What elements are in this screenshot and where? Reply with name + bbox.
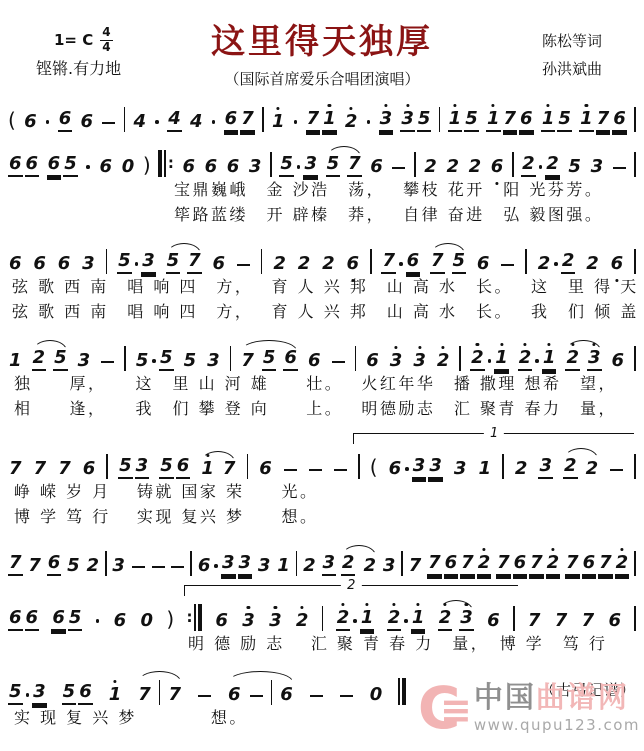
time-denominator: 4 [100,41,112,55]
note: 2 [585,460,600,479]
note: 6 [204,158,219,177]
note: 5 [557,110,572,132]
beat-group: 5 [183,352,198,371]
barline [513,606,515,631]
octave-dot-above-icon [500,343,503,346]
note: 7 [347,155,362,177]
beat-group: 6 [58,110,73,132]
beat-group: 3 [257,557,272,576]
beat-group [612,167,627,177]
duration-dash [310,695,323,697]
beat-group: 66 [8,155,39,177]
note: 2 [423,158,438,177]
slur-group: 25 [32,349,68,371]
augmentation-dot [353,619,357,623]
note: 3 [141,252,156,274]
note: 2 [438,609,453,631]
octave-dot-above-icon [366,603,369,606]
final-barline [398,678,406,705]
beat-group: 7 [527,612,542,631]
beat-group [211,120,217,132]
note: 7 [581,612,596,631]
note: 1 [411,609,426,631]
beat-group: 3 [453,460,468,479]
beat-group: 3 [268,612,283,631]
barline [296,551,298,576]
note: 1 [271,113,286,132]
note: 2 [537,255,552,274]
beat-group [609,469,624,479]
barline [358,454,360,479]
octave-dot-above-icon [523,343,526,346]
note: 3 [379,110,394,132]
beat-group: 7 [33,460,48,479]
duration-dash [309,469,322,471]
beat-group: 3 [241,612,256,631]
octave-dot-above-icon [548,343,551,346]
notation-line: (6664446717123351517615176 [8,100,636,132]
note: 7 [565,554,580,576]
beat-group: 6 [181,158,196,177]
beat-group: 6 [47,554,62,576]
note: 4 [167,110,182,132]
note: 2 [565,349,580,371]
credits: 陈松等词 孙洪斌曲 [542,27,602,83]
beat-group [339,695,354,705]
barline [370,249,372,274]
augmentation-dot [155,120,159,124]
beat-group: 3 [412,352,427,371]
beat-group: 3 [81,255,96,274]
note: 2 [321,255,336,274]
octave-dot-above-icon [418,346,421,349]
augmentation-dot [294,120,298,124]
note: 2 [436,352,451,371]
note: 6 [32,255,47,274]
note: 6 [582,554,597,576]
score-header: 1= C 4 4 铿锵.有力地 这里得天独厚 （国际首席爱乐合唱团演唱） 陈松等… [0,0,644,88]
duration-dash [102,122,115,124]
note: 6 [444,554,459,576]
note: 5 [159,349,174,371]
note: 6 [25,155,40,177]
octave-dot-above-icon [482,548,485,551]
note: 6 [78,683,93,705]
note: 5 [68,609,83,631]
note: 2 [468,158,483,177]
time-signature: 4 4 [100,26,112,55]
note: 3 [77,352,92,371]
beat-group: 6 [113,612,128,631]
note: 6 [279,686,294,705]
barline [322,606,324,631]
thick-bar [402,678,406,705]
note: 2 [387,609,402,631]
beat-group: 2 [86,557,101,576]
beat-group: 3 [77,352,92,371]
beat-group: 1 [8,352,23,371]
note: 5 [452,252,467,274]
augmentation-dot [26,693,30,697]
thick-bar [158,150,162,177]
note: 7 [596,110,611,132]
barline [459,346,461,371]
thin-bar [194,604,196,631]
note: 6 [227,686,242,705]
augmentation-dot [488,359,492,363]
beat-group: 2 [468,158,483,177]
note: 3 [248,158,263,177]
note: 1 [579,110,594,132]
augmentation-dot [535,359,539,363]
note: 3 [587,349,602,371]
note: 6 [212,255,227,274]
augmentation-dot [212,120,216,124]
barline [124,107,126,132]
note: 6 [611,352,626,371]
note: 3 [400,110,415,132]
note: 5 [279,155,294,177]
augmentation-dot [135,262,139,266]
note: 6 [490,158,505,177]
augmentation-dot [405,467,409,471]
note: 3 [241,612,256,631]
note: 7 [496,554,511,576]
note: 6 [513,554,528,576]
note: 1 [478,460,493,479]
note: 1 [200,460,215,479]
note: 3 [32,683,47,705]
beat-group: 56 [62,683,93,705]
slur-group: 75 [430,252,466,274]
beat-group: 6 [226,158,241,177]
slur-group: 57 [166,252,202,274]
beat-group: 6 [99,158,114,177]
beat-group: 7672 [427,554,491,576]
barline [262,107,264,132]
note: 3 [221,554,236,576]
beat-group [366,120,372,132]
duration-dash [340,695,353,697]
note: 7 [27,557,42,576]
slur-group: 22 [563,457,599,479]
note: 5 [567,158,582,177]
augmentation-dot [96,619,100,623]
beat-group: 56 [159,457,190,479]
note: 2 [32,349,47,371]
beat-group: 3 [382,557,397,576]
note: 4 [133,113,148,132]
beat-group: 67 [224,110,255,132]
barline [634,454,636,479]
note: 5 [417,110,432,132]
barline [634,551,636,576]
augmentation-dot [367,120,371,124]
octave-dot-above-icon [384,104,387,107]
note: 2 [344,113,359,132]
lyrics-line: 明 德 励 志 汇 聚 青 春 力 量， 博 学 笃 行 [6,631,638,656]
note: 2 [545,155,560,177]
beat-group [85,165,91,177]
note: 2 [477,554,492,576]
barline [439,107,441,132]
composer-credit: 孙洪斌曲 [542,55,602,83]
beat-group: 7672 [565,554,629,576]
lyrics-line: 博 学 笃 行 实现 复兴 梦 想。 [6,504,638,529]
barline [230,346,232,371]
duration-dash [332,361,345,363]
octave-dot-above-icon [442,346,445,349]
note: 6 [607,612,622,631]
note: 5 [66,557,81,576]
beat-group: 1 [108,686,123,705]
note: 5 [8,683,23,705]
sheet-music-page: 1= C 4 4 铿锵.有力地 这里得天独厚 （国际首席爱乐合唱团演唱） 陈松等… [0,0,644,751]
note: 5 [159,457,174,479]
slur-group: 22 [341,554,377,576]
beat-group: 15 [448,110,479,132]
beat-group: 6 [610,255,625,274]
note: 2 [615,554,630,576]
system: 2666560):633221212367776明 德 励 志 汇 聚 青 春 … [6,599,638,656]
beat-group [333,469,348,479]
duration-dash [334,469,347,471]
lyrics-line: 弦 歌 西 南 唱 响 四 方， 育 人 兴 邦 山 高 水 长。 这 里 得 … [6,274,638,299]
beat-group: 1 [276,557,291,576]
note: 3 [412,457,427,479]
octave-dot-above-icon [620,548,623,551]
note: 5 [53,349,68,371]
note: 7 [137,686,152,705]
note: 2 [563,457,578,479]
note: 6 [224,110,239,132]
note: 6 [388,460,403,479]
beat-group [331,361,346,371]
beat-group: 176 [579,110,627,132]
beat-group: 3 [538,457,553,479]
note: 1 [542,349,557,371]
note: 2 [518,349,533,371]
octave-dot-above-icon [492,104,495,107]
watermark: 中国曲谱网 www.qupu123.com [418,681,640,739]
beat-group: 6 [258,460,273,479]
watermark-brand: 中国曲谱网 [474,681,640,713]
octave-dot-above-icon [406,104,409,107]
note: 6 [47,554,62,576]
barline [124,346,126,371]
augmentation-dot [404,619,408,623]
note: 1 [541,110,556,132]
duration-dash [250,695,263,697]
note: 7 [306,110,321,132]
note: 3 [135,457,150,479]
beat-group: 633 [197,554,252,576]
note: 1 [360,609,375,631]
beat-group: 35 [400,110,431,132]
octave-dot-above-icon [301,606,304,609]
qupu-logo-icon [418,681,474,739]
note: 7 [187,252,202,274]
note: 7 [8,554,23,576]
note: 5 [464,110,479,132]
beat-group: 21 [470,349,509,371]
beat-group: 2 [436,352,451,371]
lyrics-line: 弦 歌 西 南 唱 响 四 方， 育 人 兴 邦 山 高 水 长。 我 们 倾 … [6,299,638,324]
beat-group: 6 [365,352,380,371]
note: 2 [561,252,576,274]
note: 6 [365,352,380,371]
note: 2 [514,460,529,479]
note: 6 [8,609,23,631]
barline [106,249,108,274]
parenthesis: ( [370,457,378,477]
beat-group [309,695,324,705]
barline [261,249,263,274]
beat-group: 66 [8,609,39,631]
note: 6 [612,110,627,132]
beat-group: 6 [23,113,38,132]
barline [634,107,636,132]
octave-dot-above-icon [206,454,209,457]
duration-dash [613,167,626,169]
system: 177765356176(633312322峥 嵘 岁 月 铸就 国家 荣 光。… [6,447,638,529]
barline [502,454,504,479]
octave-dot-above-icon [392,603,395,606]
tempo-marking: 铿锵.有力地 [36,56,121,79]
note: 6 [58,110,73,132]
octave-dot-above-icon [547,104,550,107]
beat-group: 6 [80,113,95,132]
barline [106,454,108,479]
note: 1 [494,349,509,371]
note: 2 [336,609,351,631]
note: 3 [322,554,337,576]
beat-group: 7 [8,554,23,576]
note: 6 [258,460,273,479]
beat-group [95,619,101,631]
barline [512,152,514,177]
beat-group: 65 [51,609,82,631]
beat-group: 2 [295,612,310,631]
note: 6 [8,255,23,274]
beat-group [308,469,323,479]
repeat-dots: : [168,156,174,171]
beat-group: 633 [388,457,443,479]
slur-group: 17 [200,460,236,479]
beat-group: 6 [486,612,501,631]
beat-group: 1 [478,460,493,479]
note: 3 [268,612,283,631]
beat-group: 5 [66,557,81,576]
note: 2 [521,155,536,177]
lyrics-line: 筚路蓝缕 开 辟榛 莽， 自律 奋进 弘 毅图强。 [6,202,638,227]
beat-group: 4 [133,113,148,132]
note: 2 [272,255,287,274]
note: 6 [283,349,298,371]
note: 7 [381,252,396,274]
lyrics-line: 峥 嵘 岁 月 铸就 国家 荣 光。 [6,479,638,504]
note: 6 [113,612,128,631]
volta-bracket: 2 [184,585,518,596]
note: 7 [430,252,445,274]
beat-group: 71 [306,110,337,132]
octave-dot-above-icon [247,606,250,609]
barline [634,346,636,371]
beat-group: 22 [537,252,576,274]
barline [401,551,403,576]
note: 6 [214,612,229,631]
beat-group: 3 [322,554,337,576]
octave-dot-above-icon [585,104,588,107]
system: 12535553756663322121236独 厚， 这 里 山 河 雄 壮。… [6,339,638,421]
note: 6 [307,352,322,371]
note: 3 [453,460,468,479]
beat-group: 22 [521,155,560,177]
beat-group: 6 [607,612,622,631]
octave-dot-above-icon [443,603,446,606]
note: 6 [519,110,534,132]
note: 6 [476,255,491,274]
notation-line: 6663535762226767562226 [8,242,636,274]
octave-dot-above-icon [394,346,397,349]
octave-dot-above-icon [551,548,554,551]
augmentation-dot [152,359,156,363]
beat-group: 2 [297,255,312,274]
beat-group: 6 [611,352,626,371]
note: 6 [23,113,38,132]
note: 3 [428,457,443,479]
lyrics-line: 独 厚， 这 里 山 河 雄 壮。 火红年华 播 撒理 想希 望， [6,371,638,396]
system: 77652363331232237767276727672 [6,544,638,576]
note: 6 [226,158,241,177]
note: 3 [238,554,253,576]
octave-dot-above-icon [593,343,596,346]
note: 2 [302,557,317,576]
note: 3 [382,557,397,576]
note: 7 [167,686,182,705]
note: 3 [538,457,553,479]
duration-dash [152,566,165,568]
slur-group: 66 [227,680,294,705]
barline [634,606,636,631]
duration-dash [610,469,623,471]
note: 5 [135,352,150,371]
barline [271,680,273,705]
beat-group [100,361,115,371]
beat-group: 0 [121,158,136,177]
beat-group: 176 [486,110,534,132]
note: 6 [176,457,191,479]
beat-group: 6 [82,460,97,479]
note: 2 [341,554,356,576]
note: 3 [590,158,605,177]
beat-group [391,167,406,177]
beat-group: 6 [212,255,227,274]
slur-group: 57 [326,155,362,177]
note: 1 [108,686,123,705]
barline [634,152,636,177]
beat-group: 7 [27,557,42,576]
note: 0 [140,612,155,631]
duration-dash [198,695,211,697]
note: 7 [240,352,255,371]
note: 2 [362,557,377,576]
system: (6664446717123351517615176 [6,100,638,132]
beat-group: 21 [336,609,375,631]
note: 3 [206,352,221,371]
note: 1 [448,110,463,132]
note: 3 [257,557,272,576]
